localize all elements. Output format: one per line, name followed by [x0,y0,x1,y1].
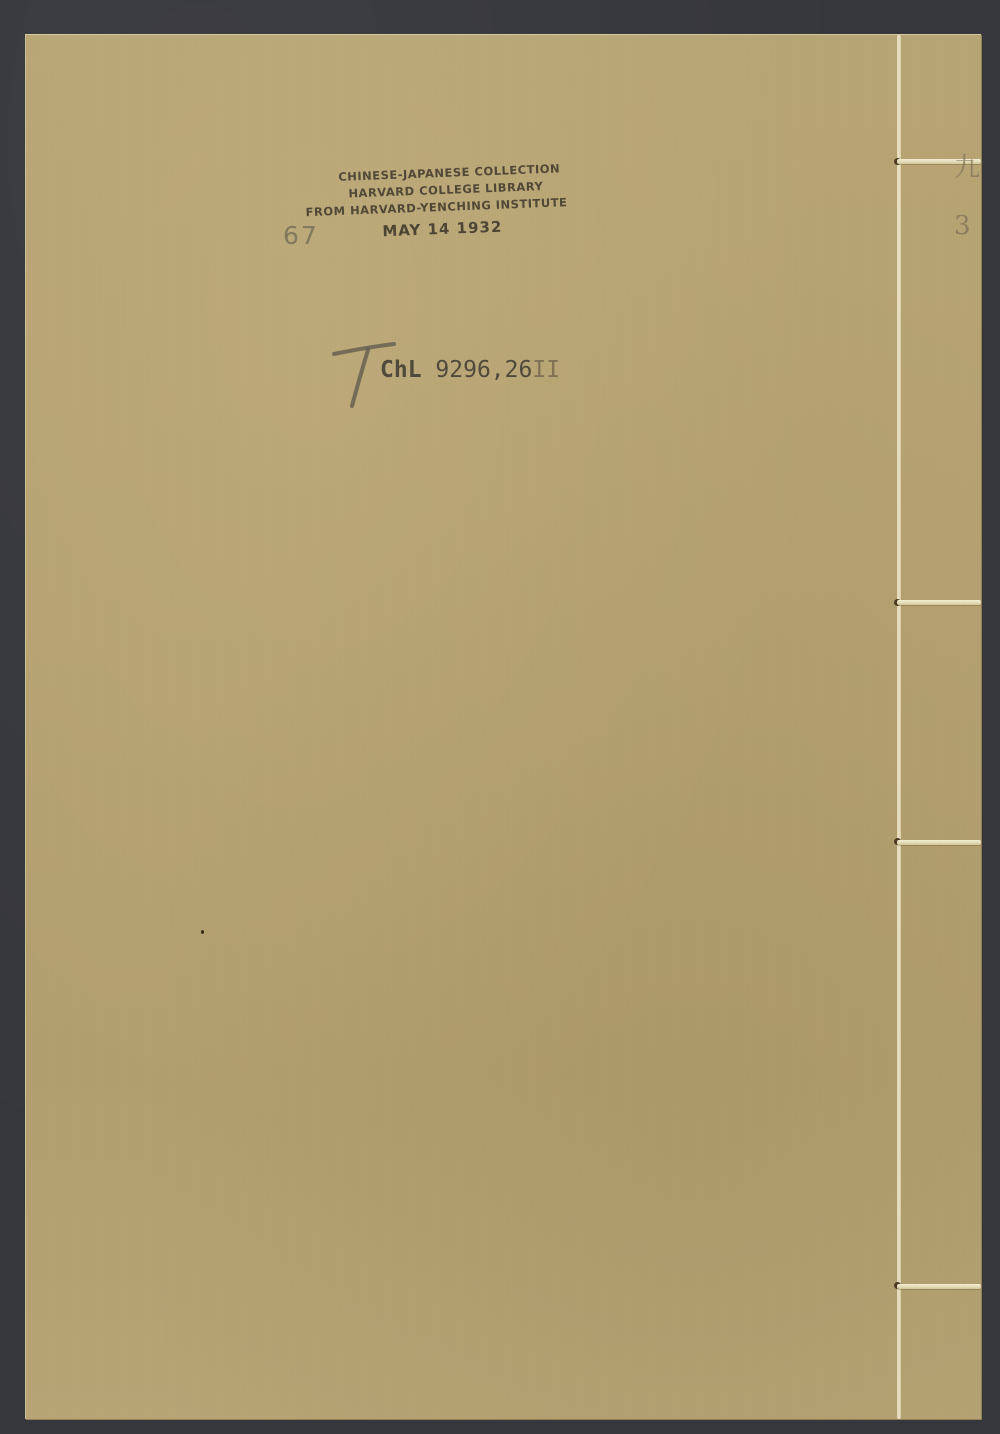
binding-stitch [897,600,981,605]
book-cover: 九 3 [25,34,981,1419]
paper-speck [201,930,204,934]
call-number-suffix: II [532,357,560,383]
binding-stitch [897,1284,981,1289]
call-number-value: 9296,26 [435,357,532,383]
spine-volume-mark: 九 [954,147,980,184]
call-number: ChL 9296,26II [380,357,560,383]
library-stamp: CHINESE-JAPANESE COLLECTION HARVARD COLL… [310,160,573,243]
binding-stitch [897,840,981,845]
call-number-prefix: ChL [380,357,422,383]
binding-thread-vertical [897,35,901,1419]
spine-number-mark: 3 [954,211,971,241]
